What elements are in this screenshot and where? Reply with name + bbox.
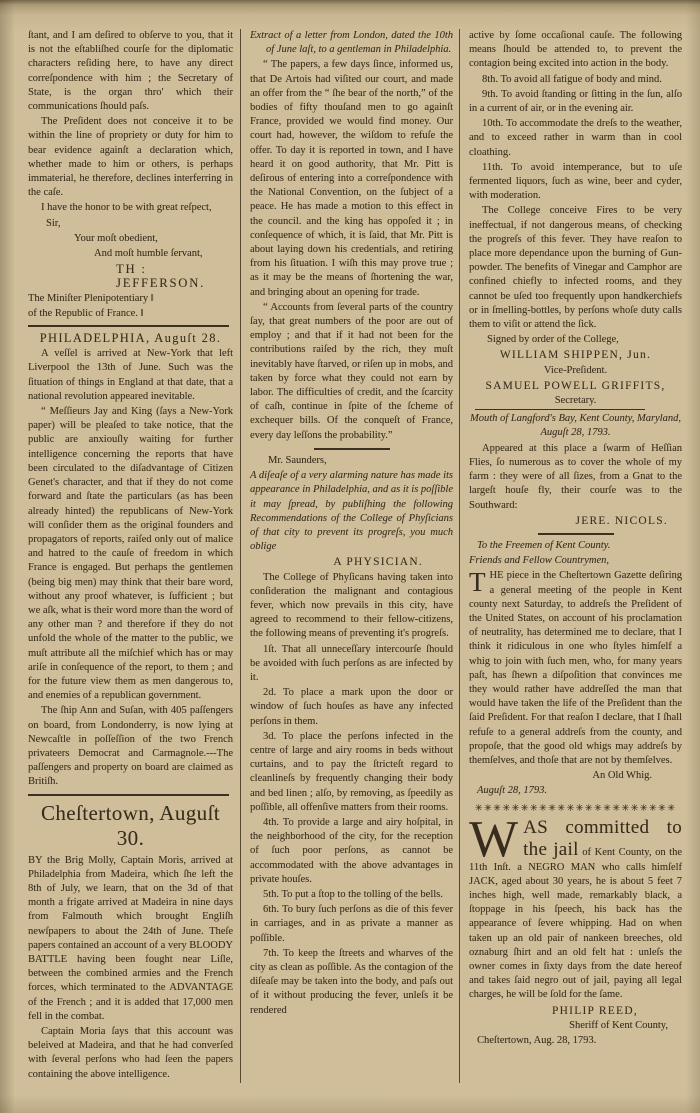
london-letter-paragraph: “ The papers, a few days ſince, informed…: [250, 58, 453, 299]
shippen-title: Vice-Preſident.: [469, 364, 682, 378]
news-paragraph: BY the Brig Molly, Captain Moris, arrive…: [28, 854, 233, 1024]
letter-closing-line: And moſt humble ſervant,: [28, 247, 233, 261]
physician-signature-text: A PHYSICIAN.: [333, 556, 423, 568]
old-whig-signature: An Old Whig.: [469, 769, 682, 783]
ornament-row: ✳✳✳✳✳✳✳✳✳✳✳✳✳✳✳✳✳✳✳✳✳✳: [469, 802, 682, 815]
news-paragraph: A veſſel is arrived at New-York that lef…: [28, 347, 233, 404]
jefferson-letter-paragraph-text: ſtant, and I am deſired to obſerve to yo…: [28, 30, 233, 112]
letter-closing-line: Your moſt obedient,: [28, 232, 233, 246]
chestertown-heading-text: Cheſtertown, Auguſt 30.: [41, 801, 220, 850]
old-whig-dateline-text: Auguſt 28, 1793.: [477, 785, 547, 796]
newspaper-column-middle: Extract of a letter from London, dated t…: [240, 29, 459, 1083]
recommendation-item-text: 5th. To put a ſtop to the tolling of the…: [263, 889, 443, 900]
nicols-signature: JERE. NICOLS.: [469, 514, 682, 528]
jail-notice: WAS committed to the jail of Kent County…: [469, 817, 682, 1003]
recommendation-item: 5th. To put a ſtop to the tolling of the…: [250, 888, 453, 902]
jefferson-letter-paragraph: The Preſident does not conceive it to be…: [28, 115, 233, 200]
hessian-flies-paragraph: Appeared at this place a ſwarm of Heſſia…: [469, 442, 682, 513]
old-whig-dateline: Auguſt 28, 1793.: [469, 784, 682, 798]
griffits-signature-text: SAMUEL POWELL GRIFFITS,: [486, 380, 666, 392]
recommendation-item-text: 11th. To avoid intemperance, but to uſe …: [469, 162, 682, 201]
recommendation-item-text: 2d. To place a mark upon the door or win…: [250, 687, 453, 726]
divider-rule: [314, 448, 390, 450]
london-letter-paragraph: “ Accounts from ſeveral parts of the cou…: [250, 301, 453, 443]
college-order-line-text: Signed by order of the College,: [487, 334, 619, 345]
newspaper-column-right: active by ſome occaſional cauſe. The fol…: [459, 29, 682, 1083]
langfords-bay-dateline: Mouth of Langford's Bay, Kent County, Ma…: [469, 412, 682, 440]
divider-rule: [538, 533, 614, 535]
news-paragraph: The ſhip Ann and Suſan, with 405 paſſeng…: [28, 704, 233, 789]
recommendation-item: 10th. To accommodate the dreſs to the we…: [469, 117, 682, 160]
letter-closing-line: Sir,: [28, 217, 233, 231]
griffits-signature: SAMUEL POWELL GRIFFITS,: [469, 379, 682, 393]
recommendation-item: 1ſt. That all unneceſſary intercourſe ſh…: [250, 643, 453, 686]
letter-addressee-line-text: of the Republic of France. ‖: [28, 308, 144, 319]
recommendation-item-text: 7th. To keep the ſtreets and wharves of …: [250, 948, 453, 1016]
recommendation-item: 4th. To provide a large and airy hoſpita…: [250, 816, 453, 887]
freemen-address-heading: To the Freemen of Kent County.: [469, 539, 682, 553]
recommendation-item: 11th. To avoid intemperance, but to uſe …: [469, 161, 682, 204]
recommendation-item-text: 6th. To bury ſuch perſons as die of this…: [250, 904, 453, 943]
recommendation-item: active by ſome occaſional cauſe. The fol…: [469, 29, 682, 72]
letter-addressee-line: of the Republic of France. ‖: [28, 307, 233, 321]
recommendation-item-text: active by ſome occaſional cauſe. The fol…: [469, 30, 682, 69]
letter-closing-line-text: Sir,: [46, 218, 60, 229]
letter-closing-line-text: Your moſt obedient,: [74, 233, 158, 244]
recommendation-item: 7th. To keep the ſtreets and wharves of …: [250, 947, 453, 1018]
london-letter-heading: Extract of a letter from London, dated t…: [250, 29, 453, 57]
news-paragraph-text: “ Meſſieurs Jay and King (ſays a New-Yor…: [28, 406, 233, 701]
chestertown-heading: Cheſtertown, Auguſt 30.: [28, 801, 233, 851]
college-paragraph-text: The College conceive Fires to be very in…: [469, 205, 682, 330]
langfords-bay-dateline-text: Mouth of Langford's Bay, Kent County, Ma…: [470, 413, 681, 438]
ornament-row-text: ✳✳✳✳✳✳✳✳✳✳✳✳✳✳✳✳✳✳✳✳✳✳: [475, 803, 677, 814]
shippen-title-text: Vice-Preſident.: [544, 365, 607, 376]
physician-note-text: A diſeaſe of a very alarming nature has …: [250, 470, 453, 552]
physician-signature: A PHYSICIAN.: [250, 555, 453, 569]
news-paragraph-text: Captain Moria ſays that this account was…: [28, 1026, 233, 1080]
freemen-salutation: Friends and Fellow Countrymen,: [469, 554, 682, 568]
college-paragraph: The College of Phyſicans having taken in…: [250, 571, 453, 642]
recommendation-item-text: 3d. To place the perſons infected in the…: [250, 731, 453, 813]
reed-signature: PHILIP REED,: [469, 1004, 682, 1018]
divider-rule: [475, 409, 645, 410]
jail-notice-text: of Kent County, on the 11th Inſt. a NEGR…: [469, 847, 682, 1001]
shippen-signature: WILLIAM SHIPPEN, Jun.: [469, 348, 682, 362]
griffits-title-text: Secretary.: [555, 395, 597, 406]
college-order-line: Signed by order of the College,: [469, 333, 682, 347]
college-paragraph: The College conceive Fires to be very in…: [469, 204, 682, 332]
reed-title: Sheriff of Kent County,: [469, 1019, 682, 1033]
physician-note: A diſeaſe of a very alarming nature has …: [250, 469, 453, 554]
london-letter-heading-text: Extract of a letter from London, dated t…: [250, 30, 453, 55]
news-paragraph: “ Meſſieurs Jay and King (ſays a New-Yor…: [28, 405, 233, 703]
griffits-title: Secretary.: [469, 394, 682, 408]
philadelphia-dateline-heading: PHILADELPHIA, Auguſt 28.: [28, 331, 233, 345]
london-letter-paragraph-text: “ Accounts from ſeveral parts of the cou…: [250, 302, 453, 441]
notice-dateline: Cheſtertown, Aug. 28, 1793.: [469, 1034, 682, 1048]
newspaper-page: ſtant, and I am deſired to obſerve to yo…: [0, 0, 700, 1083]
college-paragraph-text: The College of Phyſicans having taken in…: [250, 572, 453, 640]
jefferson-letter-paragraph: ſtant, and I am deſired to obſerve to yo…: [28, 29, 233, 114]
letter-closing-line-text: I have the honor to be with great reſpec…: [41, 202, 212, 213]
drop-cap-letter: T: [469, 569, 490, 593]
reed-signature-text: PHILIP REED,: [552, 1005, 638, 1017]
recommendation-item: 2d. To place a mark upon the door or win…: [250, 686, 453, 729]
shippen-signature-text: WILLIAM SHIPPEN, Jun.: [500, 349, 651, 361]
news-paragraph-text: A veſſel is arrived at New-York that lef…: [28, 348, 233, 402]
recommendation-item: 9th. To avoid ſtanding or ſitting in the…: [469, 88, 682, 116]
nicols-signature-text: JERE. NICOLS.: [575, 515, 668, 527]
saunders-salutation-text: Mr. Saunders,: [268, 455, 327, 466]
freemen-salutation-text: Friends and Fellow Countrymen,: [469, 555, 609, 566]
letter-closing-line-text: And moſt humble ſervant,: [94, 248, 202, 259]
saunders-salutation: Mr. Saunders,: [250, 454, 453, 468]
notice-dateline-text: Cheſtertown, Aug. 28, 1793.: [477, 1035, 596, 1046]
news-paragraph-text: BY the Brig Molly, Captain Moris, arrive…: [28, 855, 233, 1022]
recommendation-item: 6th. To bury ſuch perſons as die of this…: [250, 903, 453, 946]
letter-addressee-line: The Miniſter Plenipotentiary ‖: [28, 292, 233, 306]
newspaper-column-left: ſtant, and I am deſired to obſerve to yo…: [28, 29, 240, 1083]
old-whig-paragraph-text: HE piece in the Cheſtertown Gazette deſi…: [469, 570, 682, 766]
jefferson-signature: TH : JEFFERSON.: [28, 262, 233, 290]
recommendation-item-text: 10th. To accommodate the dreſs to the we…: [469, 118, 682, 157]
philadelphia-dateline-heading-text: PHILADELPHIA, Auguſt 28.: [40, 331, 222, 345]
letter-closing-line: I have the honor to be with great reſpec…: [28, 201, 233, 215]
old-whig-signature-text: An Old Whig.: [592, 770, 652, 781]
recommendation-item-text: 8th. To avoid all fatigue of body and mi…: [482, 74, 662, 85]
reed-title-text: Sheriff of Kent County,: [569, 1020, 668, 1031]
jefferson-letter-paragraph-text: The Preſident does not conceive it to be…: [28, 116, 233, 198]
news-paragraph: Captain Moria ſays that this account was…: [28, 1025, 233, 1082]
recommendation-item-text: 4th. To provide a large and airy hoſpita…: [250, 817, 453, 885]
letter-addressee-line-text: The Miniſter Plenipotentiary ‖: [28, 293, 154, 304]
london-letter-paragraph-text: “ The papers, a few days ſince, informed…: [250, 59, 453, 297]
recommendation-item-text: 1ſt. That all unneceſſary intercourſe ſh…: [250, 644, 453, 683]
recommendation-item: 8th. To avoid all fatigue of body and mi…: [469, 73, 682, 87]
news-paragraph-text: The ſhip Ann and Suſan, with 405 paſſeng…: [28, 705, 233, 787]
divider-rule: [28, 794, 229, 796]
recommendation-item-text: 9th. To avoid ſtanding or ſitting in the…: [469, 89, 682, 114]
jefferson-signature-text: TH : JEFFERSON.: [116, 262, 205, 290]
divider-rule: [28, 325, 229, 327]
recommendation-item: 3d. To place the perſons infected in the…: [250, 730, 453, 815]
old-whig-paragraph: THE piece in the Cheſtertown Gazette deſ…: [469, 569, 682, 768]
drop-cap-letter: W: [469, 817, 523, 860]
freemen-address-heading-text: To the Freemen of Kent County.: [477, 540, 610, 551]
hessian-flies-paragraph-text: Appeared at this place a ſwarm of Heſſia…: [469, 443, 682, 511]
